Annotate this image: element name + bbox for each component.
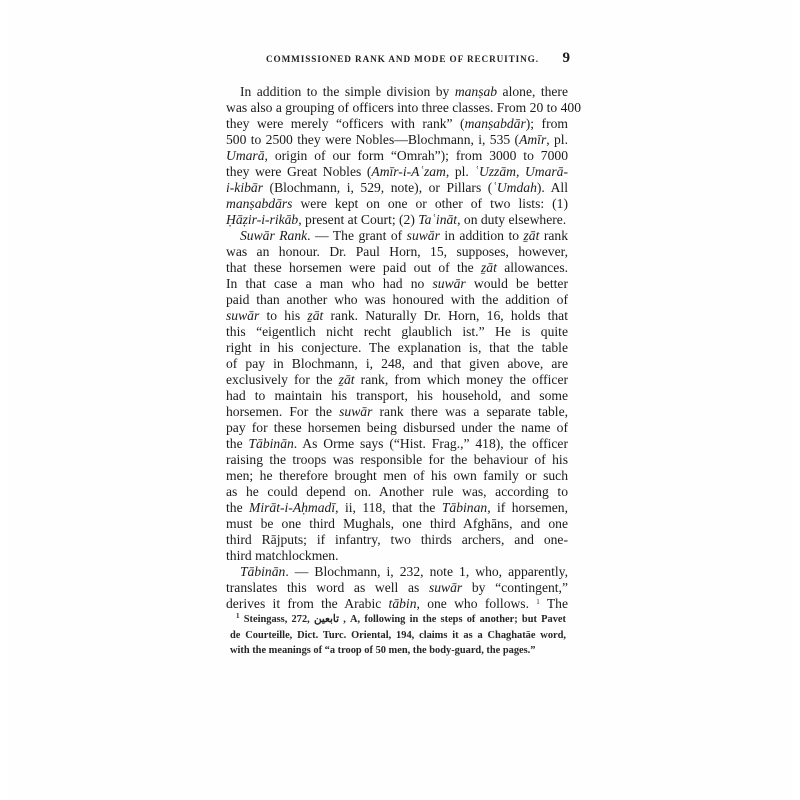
body-line-text: right in his conjecture. The explanation… xyxy=(226,340,568,356)
italic-term: Amīr-i-Aʿzam xyxy=(371,164,445,179)
text-run: by “contingent,” xyxy=(462,580,568,595)
italic-term: suwār xyxy=(226,308,259,323)
body-line: as he could depend on. Another rule was,… xyxy=(226,484,568,500)
body-line-text: manṣabdārs were kept on one or other of … xyxy=(226,196,568,212)
text-run: rank, from which money the officer xyxy=(355,372,568,387)
text-run: men; he therefore brought men of his own… xyxy=(226,468,568,483)
footnote-line-text: with the meanings of “a troop of 50 men,… xyxy=(230,645,535,656)
body-line-text: had to maintain his transport, his house… xyxy=(226,388,568,404)
italic-term: ʿUmdah xyxy=(492,180,537,195)
text-run: derives it from the Arabic xyxy=(226,596,389,611)
italic-term: ẕāt xyxy=(481,260,497,275)
body-line-text: must be one third Mughals, one third Afg… xyxy=(226,516,568,532)
italic-term: Tābinān xyxy=(248,436,293,451)
body-line-text: In addition to the simple division by ma… xyxy=(240,84,568,100)
body-line: that these horsemen were paid out of the… xyxy=(226,260,568,276)
text-run: third matchlockmen. xyxy=(226,548,339,563)
body-line-text: this “eigentlich nicht recht glaublich i… xyxy=(226,324,568,340)
italic-term: Taʿināt xyxy=(418,212,457,227)
text-run: , pl. xyxy=(446,164,475,179)
body-line: Ḥāẓir-i-rikāb, present at Court; (2) Taʿ… xyxy=(226,212,568,228)
chapter-running-title: COMMISSIONED RANK AND MODE OF RECRUITING… xyxy=(266,54,539,64)
italic-term: Ḥāẓir-i-rikāb xyxy=(226,212,298,227)
text-run: in addition to xyxy=(440,228,524,243)
body-line: was an honour. Dr. Paul Horn, 15, suppos… xyxy=(226,244,568,260)
body-line: suwār to his ẕāt rank. Naturally Dr. Hor… xyxy=(226,308,568,324)
running-header: COMMISSIONED RANK AND MODE OF RECRUITING… xyxy=(234,50,576,70)
footnote-line-text: 1 Steingass, 272, تابعين , A, following … xyxy=(236,614,566,625)
body-line-text: Suwār Rank. — The grant of suwār in addi… xyxy=(240,228,568,244)
body-line-text: Tābinān. — Blochmann, i, 232, note 1, wh… xyxy=(240,564,568,580)
body-line: paid than another who was honoured with … xyxy=(226,292,568,308)
body-line: they were Great Nobles (Amīr-i-Aʿzam, pl… xyxy=(226,164,568,180)
body-line: exclusively for the ẕāt rank, from which… xyxy=(226,372,568,388)
text-run: the xyxy=(226,500,249,515)
text-run: of pay in Blochmann, i, 248, and that gi… xyxy=(226,356,568,371)
body-line: 500 to 2500 they were Nobles—Blochmann, … xyxy=(226,132,568,148)
text-run: horsemen. For the xyxy=(226,404,339,419)
text-run: , pl. xyxy=(546,132,568,147)
body-line: i-kibār (Blochmann, i, 529, note), or Pi… xyxy=(226,180,568,196)
italic-term: ẕāt xyxy=(339,372,355,387)
body-line-text: Ḥāẓir-i-rikāb, present at Court; (2) Taʿ… xyxy=(226,212,568,228)
body-line: Suwār Rank. — The grant of suwār in addi… xyxy=(226,228,568,244)
footnote-line: de Courteille, Dict. Turc. Oriental, 194… xyxy=(230,628,566,644)
text-run: this “eigentlich nicht recht glaublich i… xyxy=(226,324,568,339)
body-line: raising the troops was responsible for t… xyxy=(226,452,568,468)
italic-term: Mirāt-i-Aḥmadī xyxy=(249,500,335,515)
body-line: third matchlockmen. xyxy=(226,548,568,564)
italic-term: Tābinān xyxy=(240,564,285,579)
body-line: In addition to the simple division by ma… xyxy=(226,84,568,100)
body-line-text: the Tābinān. As Orme says (“Hist. Frag.,… xyxy=(226,436,568,452)
italic-term: suwār xyxy=(432,276,465,291)
text-run: translates this word as well as xyxy=(226,580,429,595)
text-run: allowances. xyxy=(497,260,568,275)
text-run: In addition to the simple division by xyxy=(240,84,455,99)
body-line: must be one third Mughals, one third Afg… xyxy=(226,516,568,532)
text-run: , if horsemen, xyxy=(487,500,568,515)
text-run: , ii, 118, that the xyxy=(335,500,442,515)
body-line: had to maintain his transport, his house… xyxy=(226,388,568,404)
body-line-text: pay for these horsemen being disbursed u… xyxy=(226,420,568,436)
body-line: translates this word as well as suwār by… xyxy=(226,580,568,596)
body-line: the Mirāt-i-Aḥmadī, ii, 118, that the Tā… xyxy=(226,500,568,516)
body-line: men; he therefore brought men of his own… xyxy=(226,468,568,484)
body-line-text: third matchlockmen. xyxy=(226,548,568,564)
body-line: In that case a man who had no suwār woul… xyxy=(226,276,568,292)
italic-term: suwār xyxy=(407,228,440,243)
body-line-text: the Mirāt-i-Aḥmadī, ii, 118, that the Tā… xyxy=(226,500,568,516)
body-line-text: raising the troops was responsible for t… xyxy=(226,452,568,468)
text-run: had to maintain his transport, his house… xyxy=(226,388,568,403)
body-line-text: paid than another who was honoured with … xyxy=(226,292,568,308)
body-line: the Tābinān. As Orme says (“Hist. Frag.,… xyxy=(226,436,568,452)
body-line-text: Umarā, origin of our form “Omrah”); from… xyxy=(226,148,568,164)
body-line-text: 500 to 2500 they were Nobles—Blochmann, … xyxy=(226,132,568,148)
text-run: . As Orme says (“Hist. Frag.,” 418), the… xyxy=(294,436,568,451)
italic-term: Amīr xyxy=(519,132,546,147)
italic-term: Suwār Rank xyxy=(240,228,307,243)
text-run: rank xyxy=(539,228,568,243)
body-line: manṣabdārs were kept on one or other of … xyxy=(226,196,568,212)
text-run: . — The grant of xyxy=(307,228,407,243)
text-run: ). All xyxy=(537,180,568,195)
body-line-text: they were merely “officers with rank” (m… xyxy=(226,116,568,132)
body-line-text: translates this word as well as suwār by… xyxy=(226,580,568,596)
body-line: derives it from the Arabic tābin, one wh… xyxy=(226,596,568,612)
body-line: they were merely “officers with rank” (m… xyxy=(226,116,568,132)
body-line-text: horsemen. For the suwār rank there was a… xyxy=(226,404,568,420)
italic-term: manṣabdār xyxy=(465,116,526,131)
text-run: would be better xyxy=(466,276,568,291)
body-line-text: men; he therefore brought men of his own… xyxy=(226,468,568,484)
body-line: third Rājputs; if infantry, two thirds a… xyxy=(226,532,568,548)
body-line: was also a grouping of officers into thr… xyxy=(226,100,568,116)
text-run: that these horsemen were paid out of the xyxy=(226,260,481,275)
body-line: of pay in Blochmann, i, 248, and that gi… xyxy=(226,356,568,372)
text-run: In that case a man who had no xyxy=(226,276,432,291)
text-run: , origin of our form “Omrah”); from 3000… xyxy=(265,148,568,163)
text-run: ); from xyxy=(526,116,568,131)
body-line-text: was also a grouping of officers into thr… xyxy=(226,100,568,116)
body-line-text: of pay in Blochmann, i, 248, and that gi… xyxy=(226,356,568,372)
body-line-text: as he could depend on. Another rule was,… xyxy=(226,484,568,500)
italic-term: manṣabdārs xyxy=(226,196,292,211)
text-run: the xyxy=(226,436,248,451)
italic-term: ʿUzzām, Umarā- xyxy=(474,164,568,179)
italic-term: Umarā xyxy=(226,148,265,163)
italic-term: tābin xyxy=(389,596,417,611)
text-run: , on duty elsewhere. xyxy=(457,212,566,227)
text-run: they were merely “officers with rank” ( xyxy=(226,116,465,131)
body-line: Tābinān. — Blochmann, i, 232, note 1, wh… xyxy=(226,564,568,580)
text-run: with the meanings of “a troop of 50 men,… xyxy=(230,645,535,656)
body-line-text: was an honour. Dr. Paul Horn, 15, suppos… xyxy=(226,244,568,260)
text-run: Steingass, 272, تابعين , A, following in… xyxy=(240,614,567,625)
text-run: , present at Court; (2) xyxy=(298,212,418,227)
text-run: they were Great Nobles ( xyxy=(226,164,371,179)
text-run: The xyxy=(540,596,568,611)
italic-term: ẕāt xyxy=(307,308,323,323)
body-line-text: third Rājputs; if infantry, two thirds a… xyxy=(226,532,568,548)
body-line-text: In that case a man who had no suwār woul… xyxy=(226,276,568,292)
body-line-text: i-kibār (Blochmann, i, 529, note), or Pi… xyxy=(226,180,568,196)
page-number: 9 xyxy=(563,50,571,67)
text-run: alone, there xyxy=(497,84,568,99)
body-line-text: derives it from the Arabic tābin, one wh… xyxy=(226,596,568,612)
italic-term: manṣab xyxy=(455,84,497,99)
body-line: horsemen. For the suwār rank there was a… xyxy=(226,404,568,420)
text-run: 500 to 2500 they were Nobles—Blochmann, … xyxy=(226,132,519,147)
text-run: paid than another who was honoured with … xyxy=(226,292,568,307)
text-run: was also a grouping of officers into thr… xyxy=(226,100,581,115)
footnote-line: 1 Steingass, 272, تابعين , A, following … xyxy=(230,612,566,628)
text-run: were kept on one or other of two lists: … xyxy=(292,196,568,211)
text-run: exclusively for the xyxy=(226,372,339,387)
text-run: pay for these horsemen being disbursed u… xyxy=(226,420,568,435)
body-line-text: that these horsemen were paid out of the… xyxy=(226,260,568,276)
text-run: as he could depend on. Another rule was,… xyxy=(226,484,568,499)
text-run: . — Blochmann, i, 232, note 1, who, appa… xyxy=(285,564,568,579)
text-run: must be one third Mughals, one third Afg… xyxy=(226,516,568,531)
text-run: raising the troops was responsible for t… xyxy=(226,452,568,467)
footnote-line: with the meanings of “a troop of 50 men,… xyxy=(230,643,566,659)
text-run: rank there was a separate table, xyxy=(372,404,568,419)
body-text: In addition to the simple division by ma… xyxy=(226,84,568,612)
text-run: rank. Naturally Dr. Horn, 16, holds that xyxy=(323,308,568,323)
text-run: (Blochmann, i, 529, note), or Pillars ( xyxy=(263,180,492,195)
italic-term: suwār xyxy=(339,404,372,419)
text-run: right in his conjecture. The explanation… xyxy=(226,340,568,355)
text-run: was an honour. Dr. Paul Horn, 15, suppos… xyxy=(226,244,568,259)
body-line-text: suwār to his ẕāt rank. Naturally Dr. Hor… xyxy=(226,308,568,324)
italic-term: Tābinan xyxy=(442,500,487,515)
text-run: , one who follows. xyxy=(417,596,537,611)
italic-term: ẕāt xyxy=(524,228,540,243)
footnotes: 1 Steingass, 272, تابعين , A, following … xyxy=(230,612,566,659)
text-run: de Courteille, Dict. Turc. Oriental, 194… xyxy=(230,630,566,641)
body-line: pay for these horsemen being disbursed u… xyxy=(226,420,568,436)
body-line-text: they were Great Nobles (Amīr-i-Aʿzam, pl… xyxy=(226,164,568,180)
footnote-line-text: de Courteille, Dict. Turc. Oriental, 194… xyxy=(230,630,566,641)
text-run: third Rājputs; if infantry, two thirds a… xyxy=(226,532,568,547)
body-line-text: exclusively for the ẕāt rank, from which… xyxy=(226,372,568,388)
body-line: right in his conjecture. The explanation… xyxy=(226,340,568,356)
italic-term: i-kibār xyxy=(226,180,263,195)
italic-term: suwār xyxy=(429,580,462,595)
body-line: this “eigentlich nicht recht glaublich i… xyxy=(226,324,568,340)
body-line: Umarā, origin of our form “Omrah”); from… xyxy=(226,148,568,164)
text-run: to his xyxy=(259,308,307,323)
